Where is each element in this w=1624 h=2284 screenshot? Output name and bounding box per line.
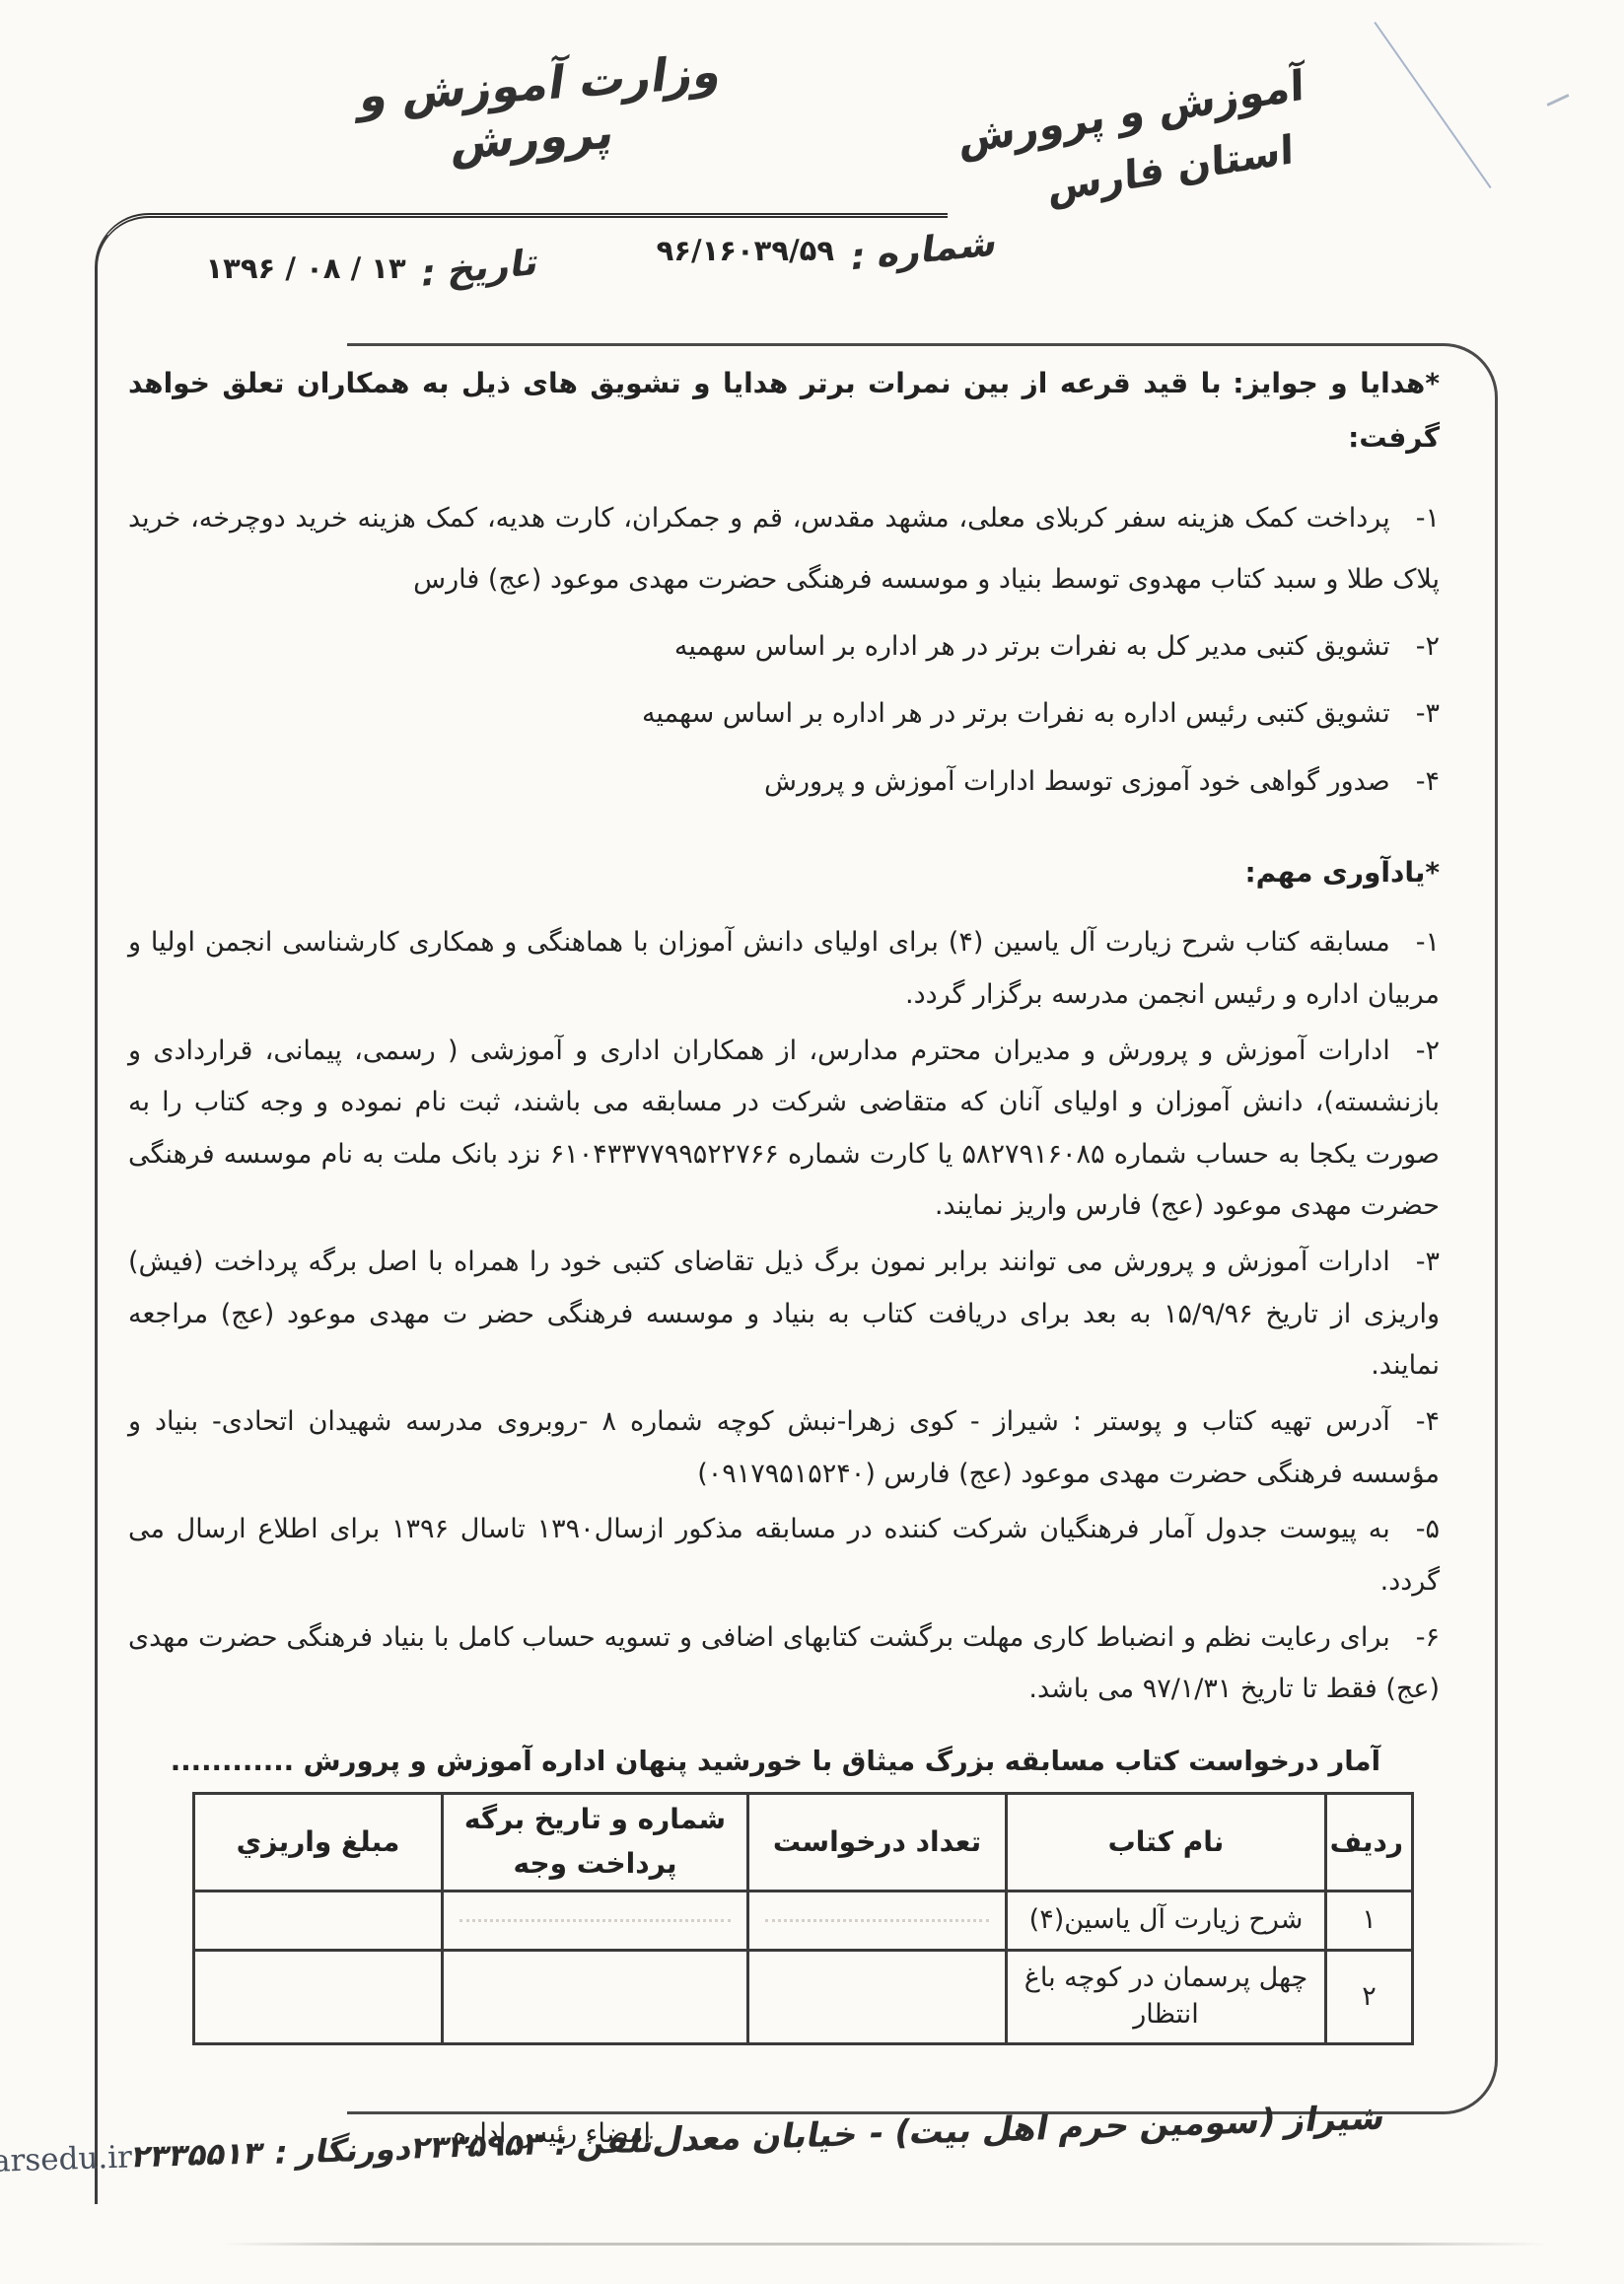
letter-body: *هدایا و جوایز: با قید قرعه از بین نمرات…: [128, 357, 1440, 2186]
reminder-item-6-number: ۶-: [1416, 1612, 1440, 1665]
header-receipt-line2: پرداخت وجه: [452, 1842, 739, 1887]
reminder-item-4-number: ۴-: [1416, 1396, 1440, 1449]
footer-phone: تلفن : ۲۳۳۵۹۵۲: [409, 2122, 658, 2168]
reminder-item-5-text: به پیوست جدول آمار فرهنگیان شرکت کننده د…: [128, 1514, 1440, 1597]
reminder-item-3-number: ۳-: [1416, 1237, 1440, 1289]
date-value: ۱۳ / ۰۸ / ۱۳۹۶: [205, 251, 405, 285]
reminder-item-2: ۲-ادارات آموزش و پرورش و مدیران محترم مد…: [128, 1026, 1440, 1234]
table-row: ۲ چهل پرسمان در کوچه باغ انتظار: [194, 1950, 1413, 2043]
header-radif: ردیف: [1326, 1794, 1413, 1891]
cell-receipt: [443, 1891, 748, 1951]
footer-fax: دورنگار : ۲۳۳۵۵۱۳: [128, 2129, 415, 2176]
reminder-item-3: ۳-ادارات آموزش و پرورش می توانند برابر ن…: [128, 1237, 1440, 1392]
book-request-table: ردیف نام کتاب تعداد درخواست شماره و تاری…: [192, 1792, 1414, 2045]
gift-item-1-text: پرداخت کمک هزینه سفر کربلای معلی، مشهد م…: [128, 503, 1440, 595]
gift-item-1: ۱-پرداخت کمک هزینه سفر کربلای معلی، مشهد…: [128, 488, 1440, 610]
reminder-item-6-text: برای رعایت نظم و انضباط کاری مهلت برگشت …: [128, 1622, 1440, 1705]
date-label: تاریخ :: [417, 241, 541, 295]
org-name: آموزش و پرورش استان فارس: [1002, 60, 1306, 219]
gifts-heading: *هدایا و جوایز:: [1233, 367, 1440, 399]
scanned-letter-page: وزارت آموزش و پرورش آموزش و پرورش استان …: [0, 0, 1624, 2284]
reminder-item-5-number: ۵-: [1416, 1504, 1440, 1556]
cell-radif: ۱: [1326, 1891, 1413, 1951]
table-header-row: ردیف نام کتاب تعداد درخواست شماره و تاری…: [194, 1794, 1413, 1891]
gift-item-2: ۲-تشویق کتبی مدیر کل به نفرات برتر در هر…: [128, 616, 1440, 678]
scan-dots-artifact: [459, 1919, 731, 1922]
cell-amount: [194, 1950, 443, 2043]
gift-item-4-number: ۴-: [1416, 751, 1440, 813]
cell-book: چهل پرسمان در کوچه باغ انتظار: [1007, 1950, 1326, 2043]
gift-item-3-text: تشویق کتبی رئیس اداره به نفرات برتر در ه…: [642, 698, 1390, 729]
letter-date: تاریخ : ۱۳ / ۰۸ / ۱۳۹۶: [104, 247, 537, 289]
cell-count: [748, 1891, 1007, 1951]
pen-mark-artifact: [1374, 22, 1491, 188]
ministry-title: وزارت آموزش و پرورش: [309, 41, 766, 180]
reminder-item-4: ۴-آدرس تهیه کتاب و پوستر : شیراز - کوی ز…: [128, 1396, 1440, 1500]
reminder-item-6: ۶-برای رعایت نظم و انضباط کاری مهلت برگش…: [128, 1612, 1440, 1716]
scan-dots-artifact: [765, 1919, 989, 1922]
number-label: شماره :: [848, 221, 1001, 278]
reminder-item-1-number: ۱-: [1416, 917, 1440, 969]
phone-label: تلفن :: [551, 2122, 658, 2163]
gift-item-2-text: تشویق کتبی مدیر کل به نفرات برتر در هر ا…: [674, 631, 1390, 662]
cell-radif: ۲: [1326, 1950, 1413, 2043]
fax-label: دورنگار :: [271, 2129, 416, 2172]
header-receipt-line1: شماره و تاریخ برگه: [452, 1798, 739, 1842]
gift-item-3-number: ۳-: [1416, 683, 1440, 745]
reminder-item-3-text: ادارات آموزش و پرورش می توانند برابر نمو…: [128, 1247, 1440, 1381]
phone-value: ۲۳۳۵۹۵۲: [409, 2126, 546, 2166]
reminder-item-2-number: ۲-: [1416, 1026, 1440, 1078]
table-caption: آمار درخواست کتاب مسابقه بزرگ میثاق با خ…: [128, 1742, 1380, 1782]
gift-item-3: ۳-تشویق کتبی رئیس اداره به نفرات برتر در…: [128, 683, 1440, 745]
header-amount: مبلغ واریزي: [194, 1794, 443, 1891]
reminder-item-1-text: مسابقه کتاب شرح زیارت آل یاسین (۴) برای …: [128, 927, 1440, 1010]
reminder-item-2-text: ادارات آموزش و پرورش و مدیران محترم مدار…: [128, 1035, 1440, 1222]
cell-count: [748, 1950, 1007, 2043]
cell-receipt: [443, 1950, 748, 2043]
gift-item-1-number: ۱-: [1416, 488, 1440, 549]
letter-number: شماره : ۹۶/۱۶۰۳۹/۵۹: [592, 229, 996, 271]
header-receipt: شماره و تاریخ برگه پرداخت وجه: [443, 1794, 748, 1891]
reminder-item-1: ۱-مسابقه کتاب شرح زیارت آل یاسین (۴) برا…: [128, 917, 1440, 1021]
gift-item-4: ۴-صدور گواهی خود آموزی توسط ادارات آموزش…: [128, 751, 1440, 813]
cell-book: شرح زیارت آل یاسین(۴): [1007, 1891, 1326, 1951]
fax-value: ۲۳۳۵۵۱۳: [129, 2135, 266, 2175]
cell-amount: [194, 1891, 443, 1951]
gift-item-2-number: ۲-: [1416, 616, 1440, 678]
header-book-name: نام کتاب: [1007, 1794, 1326, 1891]
footer-website: www.farsedu.ir: [0, 2139, 132, 2181]
small-mark-artifact: [1546, 94, 1569, 107]
number-value: ۹۶/۱۶۰۳۹/۵۹: [657, 234, 835, 267]
gift-item-4-text: صدور گواهی خود آموزی توسط ادارات آموزش و…: [764, 766, 1390, 797]
reminders-heading: *یادآوری مهم:: [128, 846, 1440, 900]
gifts-heading-line: *هدایا و جوایز: با قید قرعه از بین نمرات…: [128, 357, 1440, 464]
reminder-item-5: ۵-به پیوست جدول آمار فرهنگیان شرکت کننده…: [128, 1504, 1440, 1607]
table-row: ۱ شرح زیارت آل یاسین(۴): [194, 1891, 1413, 1951]
bottom-scan-line: [222, 2243, 1548, 2246]
header-request-count: تعداد درخواست: [748, 1794, 1007, 1891]
reminder-item-4-text: آدرس تهیه کتاب و پوستر : شیراز - کوی زهر…: [128, 1406, 1440, 1489]
